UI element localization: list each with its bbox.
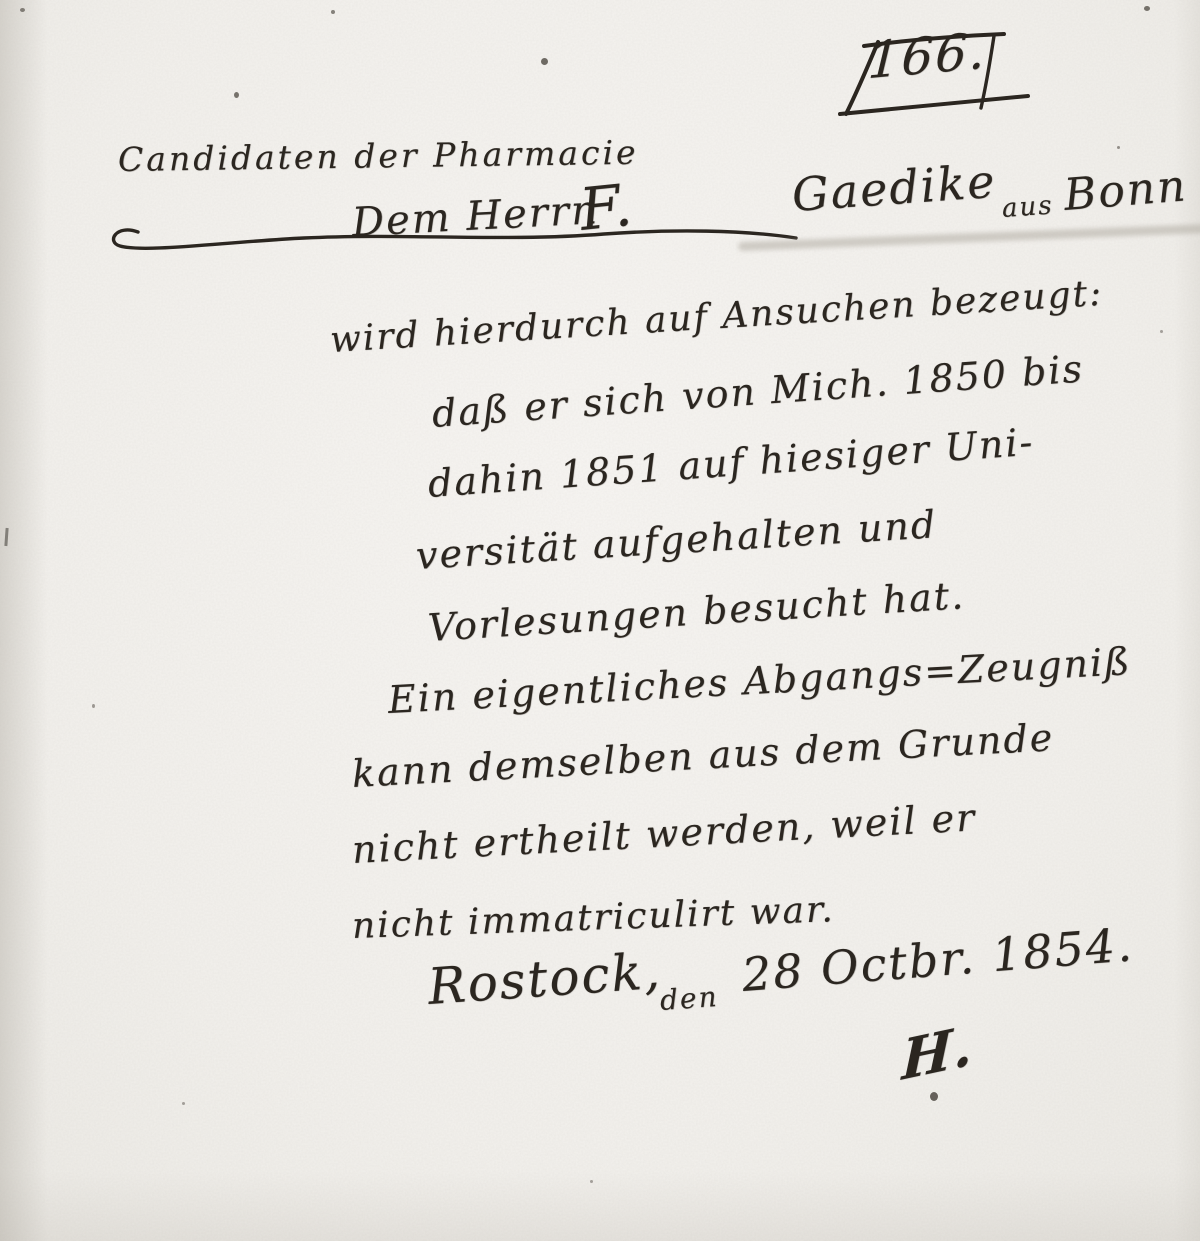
body-line: versität aufgehalten und xyxy=(415,502,939,578)
recipient-connector: aus xyxy=(1001,190,1055,224)
paper-speck xyxy=(182,1102,185,1105)
body-line: kann demselben aus dem Grunde xyxy=(351,715,1055,796)
dateline-place: Rostock, xyxy=(426,942,663,1016)
recipient-initial: F. xyxy=(576,171,636,244)
paper-speck xyxy=(92,704,95,708)
edge-mark xyxy=(4,528,8,546)
signature-paraph: H. xyxy=(901,1012,976,1093)
paper-speck xyxy=(234,92,239,98)
paper-speck xyxy=(1160,330,1163,333)
paper-speck xyxy=(1144,6,1150,11)
body-line: wird hierdurch auf Ansuchen bezeugt: xyxy=(329,273,1105,361)
paper-speck xyxy=(590,1180,593,1183)
archival-number: 166. xyxy=(866,21,988,90)
paper-speck xyxy=(1117,146,1120,149)
body-line: Ein eigentliches Abgangs=Zeugniß xyxy=(387,639,1133,722)
paper-speck xyxy=(331,10,335,14)
paper-speck xyxy=(930,1092,938,1101)
body-line: Vorlesungen besucht hat. xyxy=(427,573,967,650)
address-salutation: Dem Herrn xyxy=(351,187,600,246)
paper-speck xyxy=(20,8,25,12)
body-line: dahin 1851 auf hiesiger Uni- xyxy=(426,420,1035,506)
body-line: nicht ertheilt werden, weil er xyxy=(351,795,977,872)
address-title-line: Candidaten der Pharmacie xyxy=(118,133,639,179)
body-line: nicht immatriculirt war. xyxy=(351,889,835,947)
paper-speck xyxy=(541,58,548,65)
recipient-city: Bonn xyxy=(1062,160,1189,221)
pencil-smudge xyxy=(738,224,1200,251)
dateline-connector: den xyxy=(659,980,720,1017)
recipient-surname: Gaedike xyxy=(790,154,998,222)
manuscript-page: 166. Candidaten der Pharmacie Dem Herrn … xyxy=(0,0,1200,1241)
